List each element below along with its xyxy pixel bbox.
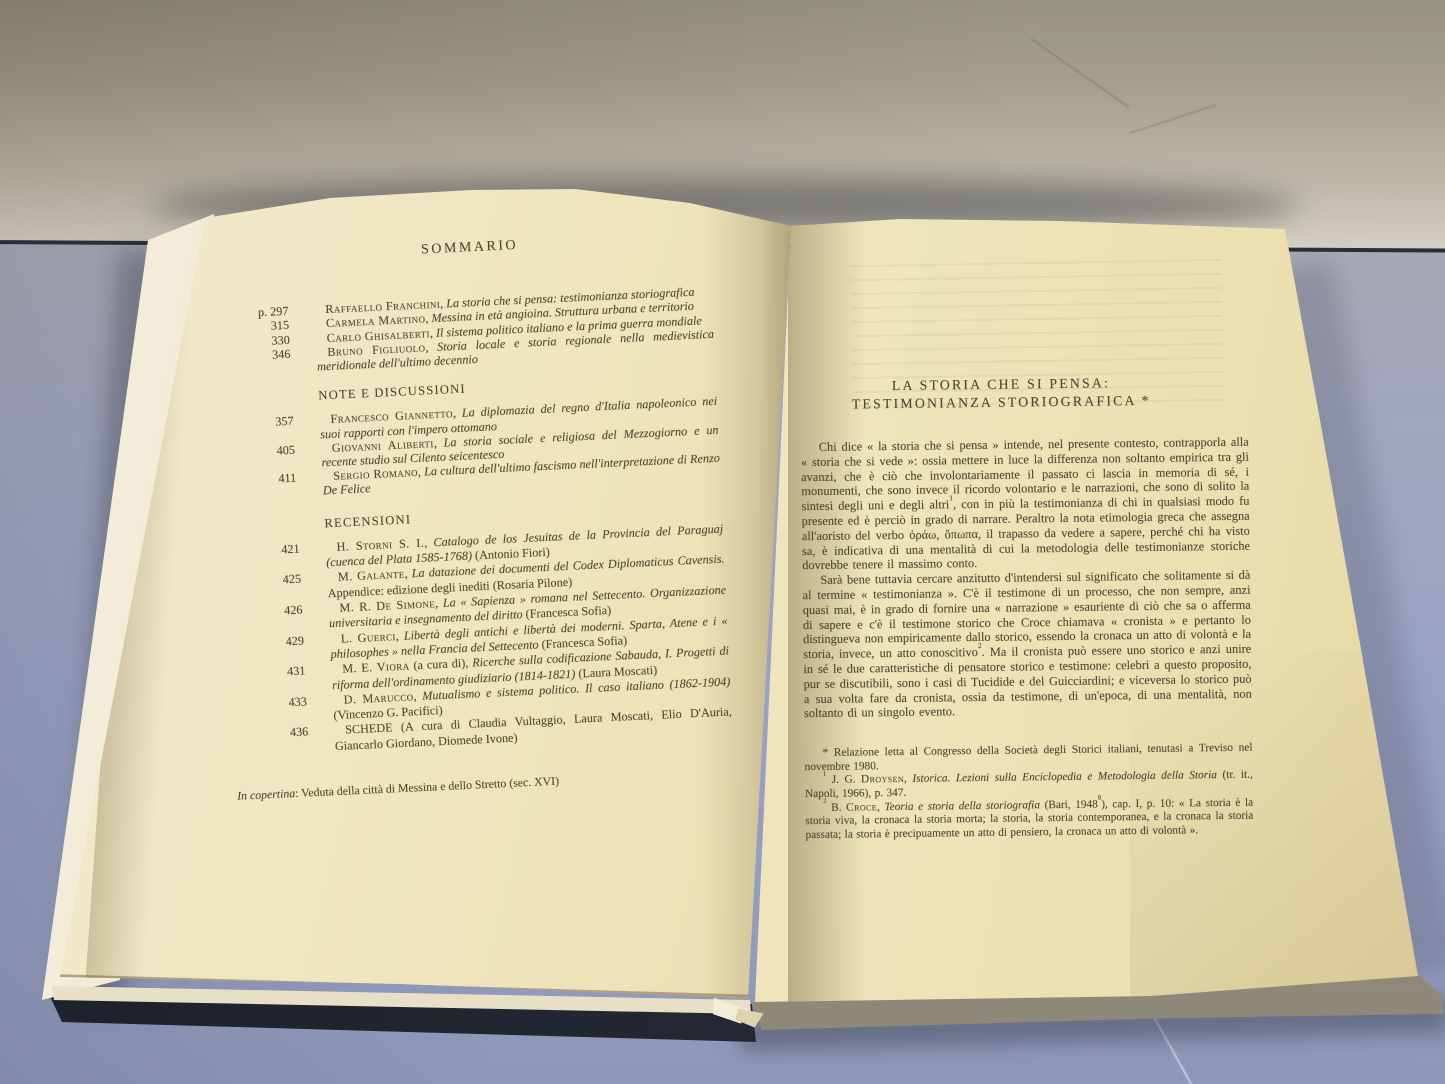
toc-entry-page-number: 426 xyxy=(246,602,303,635)
article-page-content: LA STORIA CHE SI PENSA: TESTIMONIANZA ST… xyxy=(800,373,1254,843)
toc-entry-page-number: 346 xyxy=(234,347,291,378)
footnotes-block: * Relazione letta al Congresso della Soc… xyxy=(804,742,1253,843)
toc-entry-page-number: 431 xyxy=(249,664,306,697)
toc-entry-page-number: 421 xyxy=(243,541,300,574)
toc-section-recensioni: RECENSIONI 421 H. Storni S. I., Catalogo… xyxy=(242,497,733,758)
toc-entry-page-number: 411 xyxy=(240,471,297,502)
article-paragraph: Chi dice « la storia che si pensa » inte… xyxy=(801,435,1251,574)
photo-canvas: SOMMARIO p. 297 Raffaello Franchini, La … xyxy=(0,0,1445,1084)
article-title: LA STORIA CHE SI PENSA: TESTIMONIANZA ST… xyxy=(800,373,1202,414)
toc-entry-page-number: 357 xyxy=(237,414,294,445)
toc-entry-page-number: 425 xyxy=(245,572,302,605)
toc-section-note-e-discussioni: NOTE E DISCUSSIONI 357 Francesco Giannet… xyxy=(236,370,721,502)
article-paragraph: Sarà bene tuttavia cercare anzitutto d'i… xyxy=(802,568,1252,721)
toc-section-articles: p. 297 Raffaello Franchini, La storia ch… xyxy=(232,284,715,378)
footnote-2: 2 B. Croce, Teoria e storia della storio… xyxy=(805,796,1253,842)
toc-entry-page-number: 405 xyxy=(239,442,296,473)
toc-entry-page-number: 429 xyxy=(248,633,305,666)
toc-page-content: SOMMARIO p. 297 Raffaello Franchini, La … xyxy=(230,230,735,802)
toc-entry-page-number: 436 xyxy=(252,725,309,758)
toc-entry-page-number: 433 xyxy=(250,694,307,727)
article-title-line2: TESTIMONIANZA STORIOGRAFICA * xyxy=(800,391,1202,414)
